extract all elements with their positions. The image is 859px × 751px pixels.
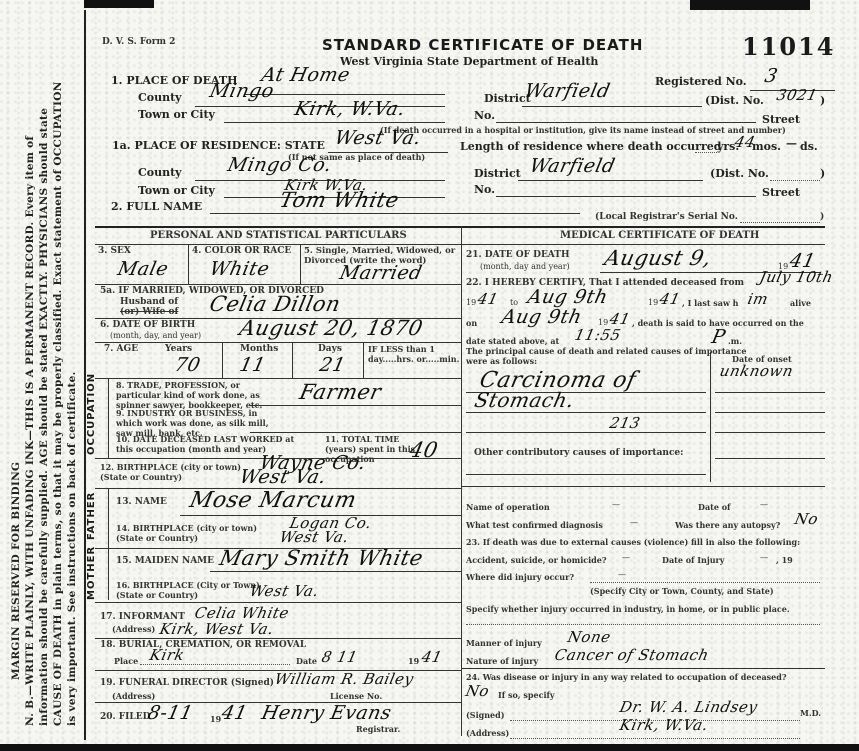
- margin-line: is very important. See instructions on b…: [66, 371, 78, 726]
- dist-no-label: (Dist. No.: [705, 94, 764, 107]
- to-year: 41: [658, 290, 682, 308]
- county-label: County: [138, 91, 182, 104]
- age-years: 70: [173, 354, 203, 376]
- other-causes-label: Other contributory causes of importance:: [474, 448, 683, 458]
- residence-state: West Va.: [333, 127, 424, 149]
- dod-sub: (month, day and year): [480, 262, 570, 271]
- age-days: 21: [318, 354, 348, 376]
- residence-district: Warfield: [528, 155, 618, 177]
- length-days: —: [786, 137, 797, 150]
- personal-heading: PERSONAL AND STATISTICAL PARTICULARS: [150, 230, 407, 241]
- death-county: Mingo: [208, 80, 277, 102]
- sex-label: 3. SEX: [98, 246, 131, 256]
- informant-address: Kirk, West Va.: [158, 620, 275, 638]
- father-name: Mose Marcum: [187, 488, 358, 513]
- occupation-side-label: OCCUPATION: [86, 373, 97, 455]
- autopsy-label: Was there any autopsy?: [675, 520, 780, 530]
- manner-label: Manner of injury: [466, 638, 542, 648]
- spouse-value: Celia Dillon: [207, 292, 342, 316]
- if-so-label: If so, specify: [498, 690, 555, 700]
- birthplace-label: 12. BIRTHPLACE (city or town) (State or …: [100, 462, 250, 482]
- paren: ): [820, 167, 825, 180]
- last-saw-label: , I last saw h: [682, 298, 738, 308]
- maiden-name: Mary Smith White: [217, 546, 425, 570]
- maiden-name-label: 15. MAIDEN NAME: [116, 556, 214, 566]
- mother-side-label: MOTHER: [86, 546, 97, 600]
- mother-birthplace: West Va.: [248, 582, 321, 600]
- occupation-related-value: No: [464, 682, 491, 700]
- margin-line: MARGIN RESERVED FOR BINDING: [10, 462, 22, 680]
- medical-heading: MEDICAL CERTIFICATE OF DEATH: [560, 230, 759, 241]
- res-dist-no-label: (Dist. No.: [710, 167, 769, 180]
- where-label: Where did injury occur?: [466, 572, 574, 582]
- physician-signature: Dr. W. A. Lindsey: [618, 698, 759, 716]
- attended-to: Aug 9th: [526, 286, 610, 308]
- accident-label: Accident, suicide, or homicide?: [466, 555, 607, 565]
- license-label: License No.: [330, 691, 382, 701]
- occupation-related-label: 24. Was disease or injury in any way rel…: [466, 672, 787, 682]
- filed-year: 41: [220, 702, 250, 724]
- operation-value: —: [612, 500, 620, 509]
- scan-edge: [690, 0, 810, 10]
- res-district-label: District: [474, 167, 521, 180]
- birthplace-line2: West Va.: [238, 466, 329, 488]
- no-label: No.: [474, 109, 495, 122]
- certificate-number: 11014: [742, 32, 836, 61]
- race-label: 4. COLOR OR RACE: [192, 246, 291, 256]
- sex-value: Male: [116, 258, 171, 280]
- specify-location: (Specify City or Town, County, and State…: [590, 586, 774, 596]
- age-label: 7. AGE: [104, 344, 138, 354]
- manner-value: None: [566, 628, 613, 646]
- onset-value: unknown: [718, 362, 795, 380]
- father-birthplace-line2: West Va.: [278, 528, 351, 546]
- accident-value: —: [622, 553, 630, 562]
- hospital-note: (If death occurred in a hospital or inst…: [380, 125, 786, 135]
- alive-label: alive: [790, 298, 811, 308]
- scan-edge: [0, 744, 859, 751]
- ds-label: ds.: [800, 140, 818, 153]
- test-value: —: [630, 518, 638, 527]
- paren: ): [820, 212, 824, 222]
- months-label: Months: [240, 344, 278, 354]
- marital-value: Married: [338, 262, 425, 284]
- registrar-signature: Henry Evans: [260, 702, 394, 724]
- injury-year-prefix: , 19: [776, 555, 793, 565]
- ampm: P: [710, 326, 728, 348]
- full-name-value: Tom White: [277, 188, 401, 212]
- scan-edge: [84, 0, 154, 8]
- md-suffix: M.D.: [800, 708, 821, 718]
- burial-year-prefix: 19: [408, 656, 419, 666]
- form-id: D. V. S. Form 2: [102, 37, 175, 47]
- burial-place-label: Place: [114, 656, 138, 666]
- race-value: White: [208, 258, 272, 280]
- filed-label: 20. FILED: [100, 712, 150, 722]
- res-town-label: Town or City: [138, 184, 215, 197]
- external-causes-label: 23. If death was due to external causes …: [466, 537, 800, 547]
- dod-label: 21. DATE OF DEATH: [466, 250, 570, 260]
- funeral-director-label: 19. FUNERAL DIRECTOR (Signed): [100, 678, 274, 688]
- father-birthplace-label: 14. BIRTHPLACE (city or town) (State or …: [116, 523, 281, 543]
- date-stated-label: date stated above, at: [466, 336, 559, 346]
- page-subtitle: West Virginia State Department of Health: [340, 55, 598, 68]
- burial-place: Kirk: [148, 646, 186, 664]
- burial-label: 18. BURIAL, CREMATION, OR REMOVAL: [100, 640, 306, 650]
- margin-line: CAUSE OF DEATH in plain terms, so that i…: [52, 81, 64, 726]
- dob-label: 6. DATE OF BIRTH: [100, 320, 195, 330]
- burial-year: 41: [420, 648, 444, 666]
- dob-value: August 20, 1870: [237, 316, 425, 340]
- nature-value: Cancer of Stomach: [553, 646, 711, 664]
- registered-label: Registered No.: [655, 75, 747, 88]
- operation-date: —: [760, 500, 768, 509]
- residence-county: Mingo Co.: [226, 154, 334, 176]
- on-label: on: [466, 318, 477, 328]
- wife-of-label: (or) Wife of: [120, 307, 178, 317]
- last-saw-pronoun: im: [746, 290, 770, 308]
- trade-value: Farmer: [297, 380, 383, 404]
- m-label: .m.: [728, 336, 742, 346]
- dob-sub: (month, day, and year): [110, 331, 201, 340]
- burial-date: 8 11: [320, 648, 359, 666]
- full-name-label: 2. FULL NAME: [111, 200, 202, 213]
- time-of-death: 11:55: [573, 326, 623, 344]
- attended-from: July 10th: [758, 268, 835, 286]
- industry-home-label: Specify whether injury occurred in indus…: [466, 604, 790, 614]
- res-street-label: Street: [762, 186, 800, 199]
- where-value: —: [618, 570, 626, 579]
- dist-no: 3021: [775, 86, 819, 104]
- address-label: (Address): [466, 728, 509, 738]
- last-saw-date: Aug 9th: [500, 306, 584, 328]
- operation-label: Name of operation: [466, 502, 550, 512]
- page-title: STANDARD CERTIFICATE OF DEATH: [322, 36, 643, 54]
- age-months: 11: [238, 354, 268, 376]
- death-district: Warfield: [523, 80, 613, 102]
- length-residence-label: Length of residence where death occurred: [460, 140, 721, 153]
- autopsy-value: No: [793, 510, 820, 528]
- operation-date-label: Date of: [698, 502, 730, 512]
- death-town: Kirk, W.Va.: [293, 98, 408, 120]
- burial-date-label: Date: [296, 656, 317, 666]
- from-year-prefix: 19: [466, 298, 476, 307]
- dod-value: August 9,: [602, 246, 713, 270]
- mos-label: mos.: [752, 140, 781, 153]
- signed-label: (Signed): [466, 710, 504, 720]
- residence-label: 1a. PLACE OF RESIDENCE: STATE: [112, 139, 325, 152]
- physician-address: Kirk, W.Va.: [618, 716, 710, 734]
- nature-label: Nature of injury: [466, 656, 538, 666]
- registered-number: 3: [763, 65, 780, 87]
- paren: ): [820, 94, 825, 107]
- father-name-label: 13. NAME: [116, 497, 167, 507]
- fd-address-label: (Address): [112, 691, 155, 701]
- last-worked-label: 10. DATE DECEASED LAST WORKED at this oc…: [116, 434, 306, 454]
- margin-line: N. B.—WRITE PLAINLY, WITH UNFADING INK—T…: [24, 136, 36, 726]
- years-label: Years: [165, 344, 192, 354]
- injury-date-label: Date of Injury: [662, 555, 724, 565]
- days-label: Days: [318, 344, 342, 354]
- less-than-day: IF LESS than 1 day.....hrs. or.....min.: [368, 344, 460, 364]
- cause-line2: Stomach.: [472, 388, 576, 412]
- informant-address-label: (Address): [112, 624, 155, 634]
- filed-date: 8-11: [146, 702, 195, 724]
- margin-line: information should be carefully supplied…: [38, 108, 50, 726]
- to-year-prefix: 19: [648, 298, 658, 307]
- res-county-label: County: [138, 166, 182, 179]
- serial-label: (Local Registrar's Serial No.: [595, 212, 738, 222]
- test-label: What test confirmed diagnosis: [466, 520, 603, 530]
- margin-instructions: MARGIN RESERVED FOR BINDING N. B.—WRITE …: [2, 10, 86, 740]
- registrar-label: Registrar.: [356, 724, 400, 734]
- funeral-director: William R. Bailey: [273, 670, 415, 688]
- injury-date: —: [760, 553, 768, 562]
- husband-of-label: Husband of: [120, 297, 178, 307]
- cause-code: 213: [608, 414, 642, 432]
- father-side-label: FATHER: [86, 492, 97, 540]
- death-certificate: MARGIN RESERVED FOR BINDING N. B.—WRITE …: [0, 0, 859, 751]
- res-no-label: No.: [474, 183, 495, 196]
- from-year: 41: [476, 290, 500, 308]
- town-label: Town or City: [138, 108, 215, 121]
